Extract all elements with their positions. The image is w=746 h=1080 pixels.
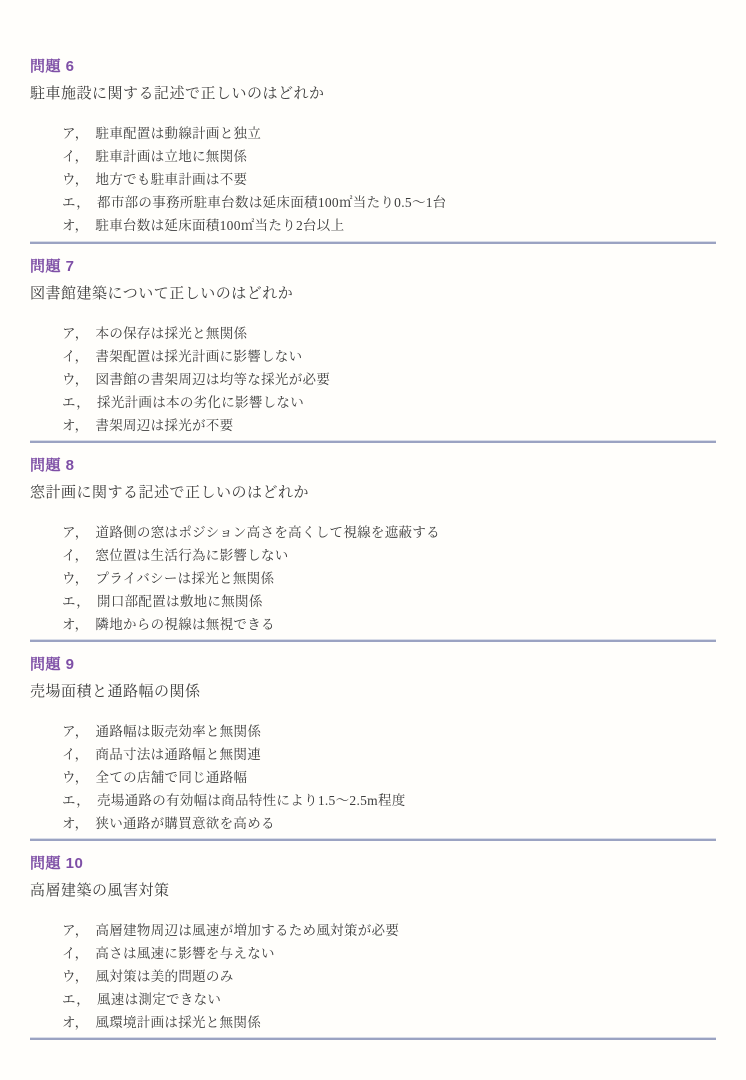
option-text: 売場通路の有効幅は商品特性により1.5〜2.5m程度	[97, 793, 406, 808]
question-text: 図書館建築について正しいのはどれか	[30, 285, 716, 303]
option-letter: ウ，	[62, 571, 89, 586]
question-section-9: 問題 9 売場面積と通路幅の関係 ア，通路幅は販売効率と無関係 イ，商品寸法は通…	[0, 642, 746, 838]
option-item: イ，商品寸法は通路幅と無関連	[62, 743, 716, 766]
option-item: オ，駐車台数は延床面積100㎡当たり2台以上	[62, 214, 716, 237]
option-item: ウ，図書館の書架周辺は均等な採光が必要	[62, 368, 716, 391]
question-number-heading: 問題 7	[30, 258, 716, 276]
option-letter: オ，	[62, 1015, 88, 1030]
options-list: ア，高層建物周辺は風速が増加するため風対策が必要 イ，高さは風速に影響を与えない…	[30, 919, 716, 1034]
option-text: 書架周辺は採光が不要	[95, 418, 233, 433]
option-letter: オ，	[62, 816, 88, 831]
options-list: ア，通路幅は販売効率と無関係 イ，商品寸法は通路幅と無関連 ウ，全ての店舗で同じ…	[30, 720, 716, 835]
option-item: イ，高さは風速に影響を与えない	[62, 942, 716, 965]
option-letter: オ，	[62, 218, 88, 233]
option-item: エ，採光計画は本の劣化に影響しない	[62, 391, 716, 414]
option-text: 書架配置は採光計画に影響しない	[95, 349, 302, 364]
option-text: 駐車計画は立地に無関係	[95, 149, 247, 164]
option-item: ア，本の保存は採光と無関係	[62, 322, 716, 345]
option-text: 駐車配置は動線計画と独立	[96, 126, 262, 141]
option-text: 駐車台数は延床面積100㎡当たり2台以上	[95, 218, 344, 233]
option-letter: エ，	[62, 395, 90, 410]
option-text: プライバシーは採光と無関係	[96, 571, 275, 586]
option-item: オ，隣地からの視線は無視できる	[62, 613, 716, 636]
option-text: 開口部配置は敷地に無関係	[97, 594, 263, 609]
option-text: 通路幅は販売効率と無関係	[96, 724, 262, 739]
option-text: 地方でも駐車計画は不要	[96, 172, 248, 187]
option-letter: イ，	[62, 149, 88, 164]
options-list: ア，本の保存は採光と無関係 イ，書架配置は採光計画に影響しない ウ，図書館の書架…	[30, 322, 716, 437]
option-letter: イ，	[62, 946, 88, 961]
option-text: 高層建物周辺は風速が増加するため風対策が必要	[96, 923, 400, 938]
option-item: エ，都市部の事務所駐車台数は延床面積100㎡当たり0.5〜1台	[62, 191, 716, 214]
option-letter: ア，	[62, 326, 89, 341]
question-number-heading: 問題 8	[30, 457, 716, 475]
option-item: ウ，風対策は美的問題のみ	[62, 965, 716, 988]
option-item: イ，書架配置は採光計画に影響しない	[62, 345, 716, 368]
question-text: 売場面積と通路幅の関係	[30, 683, 716, 701]
option-text: 隣地からの視線は無視できる	[95, 617, 274, 632]
option-item: エ，風速は測定できない	[62, 988, 716, 1011]
option-text: 図書館の書架周辺は均等な採光が必要	[96, 372, 331, 387]
option-item: イ，駐車計画は立地に無関係	[62, 145, 716, 168]
question-section-7: 問題 7 図書館建築について正しいのはどれか ア，本の保存は採光と無関係 イ，書…	[0, 244, 746, 440]
option-item: オ，風環境計画は採光と無関係	[62, 1011, 716, 1034]
option-text: 都市部の事務所駐車台数は延床面積100㎡当たり0.5〜1台	[97, 195, 447, 210]
option-item: オ，狭い通路が購買意欲を高める	[62, 812, 716, 835]
option-text: 窓位置は生活行為に影響しない	[95, 548, 288, 563]
option-letter: ウ，	[62, 372, 89, 387]
option-item: オ，書架周辺は採光が不要	[62, 414, 716, 437]
exam-page: 問題 6 駐車施設に関する記述で正しいのはどれか ア，駐車配置は動線計画と独立 …	[0, 0, 746, 1080]
option-text: 商品寸法は通路幅と無関連	[95, 747, 261, 762]
option-item: ア，道路側の窓はポジション高さを高くして視線を遮蔽する	[62, 521, 716, 544]
option-letter: イ，	[62, 349, 88, 364]
option-letter: ア，	[62, 525, 89, 540]
option-letter: ウ，	[62, 770, 89, 785]
question-number-heading: 問題 10	[30, 855, 716, 873]
option-letter: エ，	[62, 594, 90, 609]
question-text: 高層建築の風害対策	[30, 882, 716, 900]
option-item: ア，駐車配置は動線計画と独立	[62, 122, 716, 145]
option-letter: ウ，	[62, 172, 89, 187]
option-item: エ，売場通路の有効幅は商品特性により1.5〜2.5m程度	[62, 789, 716, 812]
option-text: 風対策は美的問題のみ	[96, 969, 234, 984]
option-letter: エ，	[62, 195, 90, 210]
option-letter: イ，	[62, 747, 88, 762]
option-letter: ウ，	[62, 969, 89, 984]
option-item: ウ，プライバシーは採光と無関係	[62, 567, 716, 590]
option-text: 風速は測定できない	[97, 992, 221, 1007]
option-letter: オ，	[62, 418, 88, 433]
option-text: 採光計画は本の劣化に影響しない	[97, 395, 304, 410]
option-item: イ，窓位置は生活行為に影響しない	[62, 544, 716, 567]
question-section-8: 問題 8 窓計画に関する記述で正しいのはどれか ア，道路側の窓はポジション高さを…	[0, 443, 746, 639]
question-section-10: 問題 10 高層建築の風害対策 ア，高層建物周辺は風速が増加するため風対策が必要…	[0, 841, 746, 1037]
option-letter: オ，	[62, 617, 88, 632]
option-item: ア，通路幅は販売効率と無関係	[62, 720, 716, 743]
option-item: ウ，全ての店舗で同じ通路幅	[62, 766, 716, 789]
option-text: 狭い通路が購買意欲を高める	[95, 816, 274, 831]
option-item: ア，高層建物周辺は風速が増加するため風対策が必要	[62, 919, 716, 942]
option-item: エ，開口部配置は敷地に無関係	[62, 590, 716, 613]
option-text: 本の保存は採光と無関係	[96, 326, 248, 341]
section-divider	[30, 1037, 716, 1040]
option-text: 風環境計画は採光と無関係	[95, 1015, 261, 1030]
option-text: 全ての店舗で同じ通路幅	[96, 770, 248, 785]
option-item: ウ，地方でも駐車計画は不要	[62, 168, 716, 191]
option-letter: エ，	[62, 793, 90, 808]
options-list: ア，駐車配置は動線計画と独立 イ，駐車計画は立地に無関係 ウ，地方でも駐車計画は…	[30, 122, 716, 237]
option-letter: エ，	[62, 992, 90, 1007]
option-letter: ア，	[62, 923, 89, 938]
option-letter: ア，	[62, 126, 89, 141]
question-text: 駐車施設に関する記述で正しいのはどれか	[30, 85, 716, 103]
options-list: ア，道路側の窓はポジション高さを高くして視線を遮蔽する イ，窓位置は生活行為に影…	[30, 521, 716, 636]
option-letter: ア，	[62, 724, 89, 739]
question-text: 窓計画に関する記述で正しいのはどれか	[30, 484, 716, 502]
question-number-heading: 問題 6	[30, 58, 716, 76]
option-text: 道路側の窓はポジション高さを高くして視線を遮蔽する	[96, 525, 440, 540]
question-number-heading: 問題 9	[30, 656, 716, 674]
option-text: 高さは風速に影響を与えない	[95, 946, 274, 961]
question-section-6: 問題 6 駐車施設に関する記述で正しいのはどれか ア，駐車配置は動線計画と独立 …	[0, 0, 746, 241]
option-letter: イ，	[62, 548, 88, 563]
